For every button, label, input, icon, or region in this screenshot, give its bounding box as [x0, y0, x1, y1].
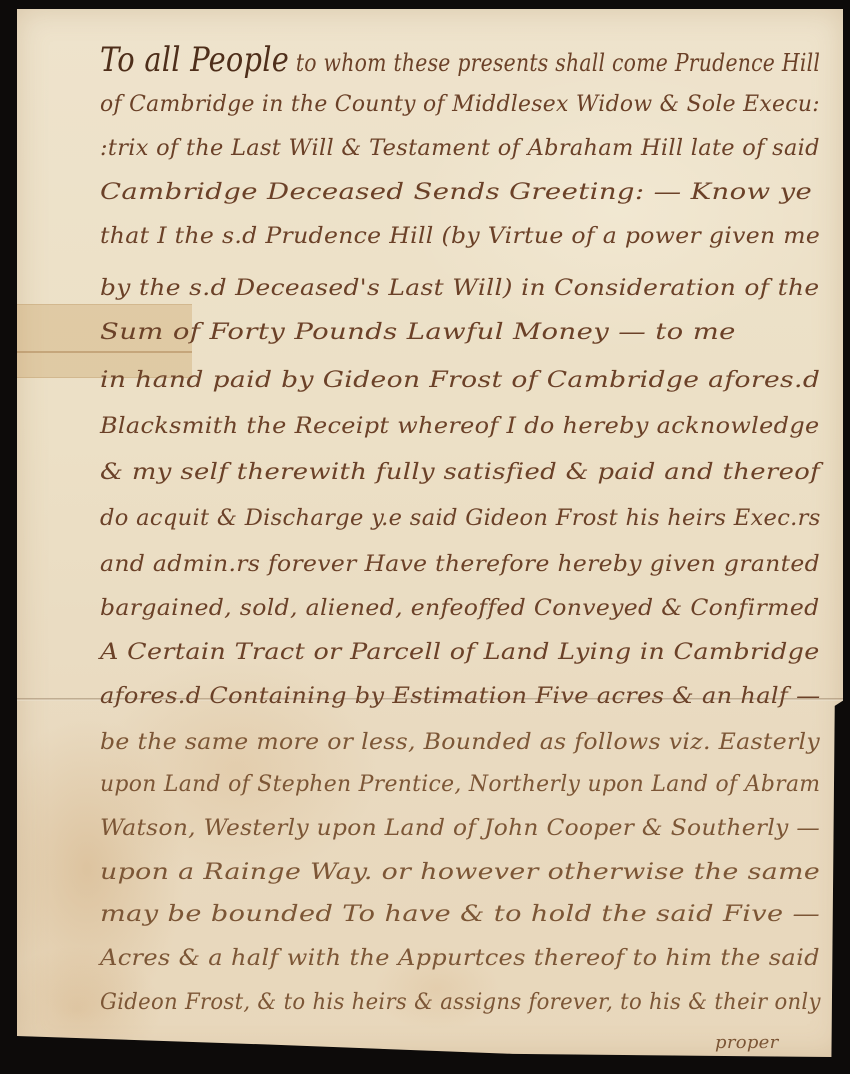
- text-line-8: in hand paid by Gideon Frost of Cambridg…: [100, 368, 820, 393]
- text-line-2: of Cambridge in the County of Middlesex …: [100, 92, 820, 117]
- text-line-7: Sum of Forty Pounds Lawful Money — to me: [100, 320, 736, 345]
- text-line-18: Watson, Westerly upon Land of John Coope…: [100, 816, 820, 841]
- text-line-1: To all People to whom these presents sha…: [100, 40, 820, 80]
- text-line-13: bargained, sold, aliened, enfeoffed Conv…: [100, 596, 819, 621]
- text-line-11: do acquit & Discharge y.e said Gideon Fr…: [100, 506, 821, 531]
- text-line-3: :trix of the Last Will & Testament of Ab…: [100, 136, 820, 161]
- text-line-19: upon a Rainge Way. or however otherwise …: [100, 860, 820, 885]
- text-line-10: & my self therewith fully satisfied & pa…: [100, 460, 820, 485]
- text-line-4: Cambridge Deceased Sends Greeting: — Kno…: [100, 180, 812, 205]
- text-line-17: upon Land of Stephen Prentice, Northerly…: [100, 772, 820, 797]
- catchword: proper: [715, 1032, 779, 1053]
- text-line-21: Acres & a half with the Appurtces thereo…: [100, 946, 820, 971]
- text-line-20: may be bounded To have & to hold the sai…: [100, 902, 820, 927]
- text-line-6: by the s.d Deceased's Last Will) in Cons…: [100, 276, 820, 301]
- text-line-16: be the same more or less, Bounded as fol…: [100, 730, 820, 755]
- line-text: to whom these presents shall come Pruden…: [296, 49, 820, 77]
- text-line-9: Blacksmith the Receipt whereof I do here…: [100, 414, 820, 439]
- text-line-5: that I the s.d Prudence Hill (by Virtue …: [100, 224, 820, 249]
- text-line-22: Gideon Frost, & to his heirs & assigns f…: [100, 990, 821, 1015]
- text-line-15: afores.d Containing by Estimation Five a…: [100, 684, 821, 709]
- text-line-14: A Certain Tract or Parcell of Land Lying…: [100, 640, 820, 665]
- deed-paper: [17, 9, 843, 1057]
- tape-crease: [17, 351, 192, 353]
- opening-words: To all People: [100, 40, 289, 80]
- text-line-12: and admin.rs forever Have therefore here…: [100, 552, 820, 577]
